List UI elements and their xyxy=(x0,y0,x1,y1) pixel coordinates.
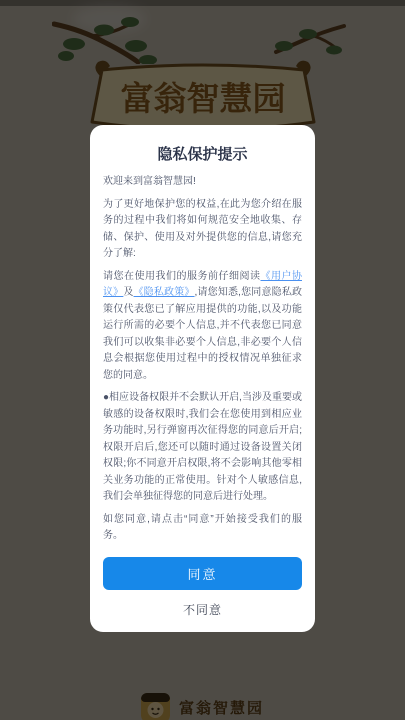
dialog-body: 欢迎来到富翁智慧园! 为了更好地保护您的权益,在此为您介绍在服务的过程中我们将如… xyxy=(103,174,302,549)
agreement-text-after: ,请您知悉,您同意隐私政策仅代表您已了解应用提供的功能,以及功能运行所需的必要个… xyxy=(103,287,302,381)
app-screen: 富翁智慧园 富翁智慧园 隐私保护提示 欢迎来到富翁智慧园! 为了更好地保护您的权… xyxy=(0,0,405,720)
privacy-policy-link[interactable]: 《隐私政策》 xyxy=(134,287,195,298)
agree-button[interactable]: 同意 xyxy=(103,557,302,590)
privacy-dialog: 隐私保护提示 欢迎来到富翁智慧园! 为了更好地保护您的权益,在此为您介绍在服务的… xyxy=(90,125,315,632)
agreement-text: 请您在使用我们的服务前仔细阅读《用户协议》及《隐私政策》,请您知悉,您同意隐私政… xyxy=(103,269,302,385)
permissions-text: ●相应设备权限并不会默认开启,当涉及重要或敏感的设备权限时,我们会在您使用到相应… xyxy=(103,390,302,506)
welcome-text: 欢迎来到富翁智慧园! xyxy=(103,174,302,191)
intro-text: 为了更好地保护您的权益,在此为您介绍在服务的过程中我们将如何规范安全地收集、存储… xyxy=(103,197,302,263)
disagree-button[interactable]: 不同意 xyxy=(103,601,302,620)
agreement-text-before: 请您在使用我们的服务前仔细阅读 xyxy=(103,271,261,282)
agreement-text-mid: 及 xyxy=(123,287,133,298)
dialog-title: 隐私保护提示 xyxy=(103,143,302,164)
consent-hint-text: 如您同意,请点击“同意”开始接受我们的服务。 xyxy=(103,512,302,545)
